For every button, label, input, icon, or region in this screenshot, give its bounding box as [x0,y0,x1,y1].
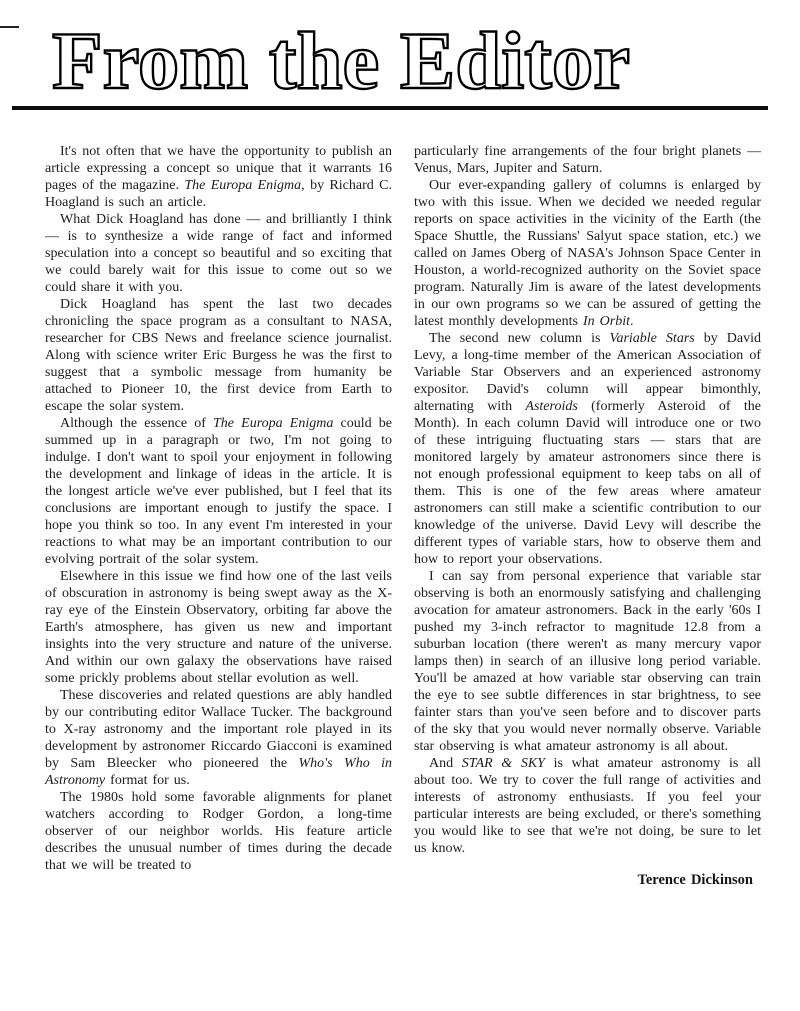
text-column: It's not often that we have the opportun… [45,143,392,874]
article-body: It's not often that we have the opportun… [45,143,761,889]
paragraph: The second new column is Variable Stars … [414,330,761,568]
masthead: From the Editor [52,12,642,108]
paragraph: Dick Hoagland has spent the last two dec… [45,296,392,415]
right-column: particularly fine arrangements of the fo… [414,143,761,889]
text-column: particularly fine arrangements of the fo… [414,143,761,857]
paragraph: Although the essence of The Europa Enigm… [45,415,392,568]
paragraph: What Dick Hoagland has done — and brilli… [45,211,392,296]
paragraph: I can say from personal experience that … [414,568,761,755]
paragraph: particularly fine arrangements of the fo… [414,143,761,177]
scan-mark [0,26,19,28]
title-rule [12,106,768,110]
left-column: It's not often that we have the opportun… [45,143,392,889]
paragraph: Our ever-expanding gallery of columns is… [414,177,761,330]
paragraph: And STAR & SKY is what amateur astronomy… [414,755,761,857]
signature: Terence Dickinson [414,872,761,889]
paragraph: It's not often that we have the opportun… [45,143,392,211]
paragraph: The 1980s hold some favorable alignments… [45,789,392,874]
paragraph: Elsewhere in this issue we find how one … [45,568,392,687]
page-title: From the Editor [52,15,630,106]
paragraph: These discoveries and related questions … [45,687,392,789]
editorial-page: From the Editor It's not often that we h… [0,0,800,1011]
